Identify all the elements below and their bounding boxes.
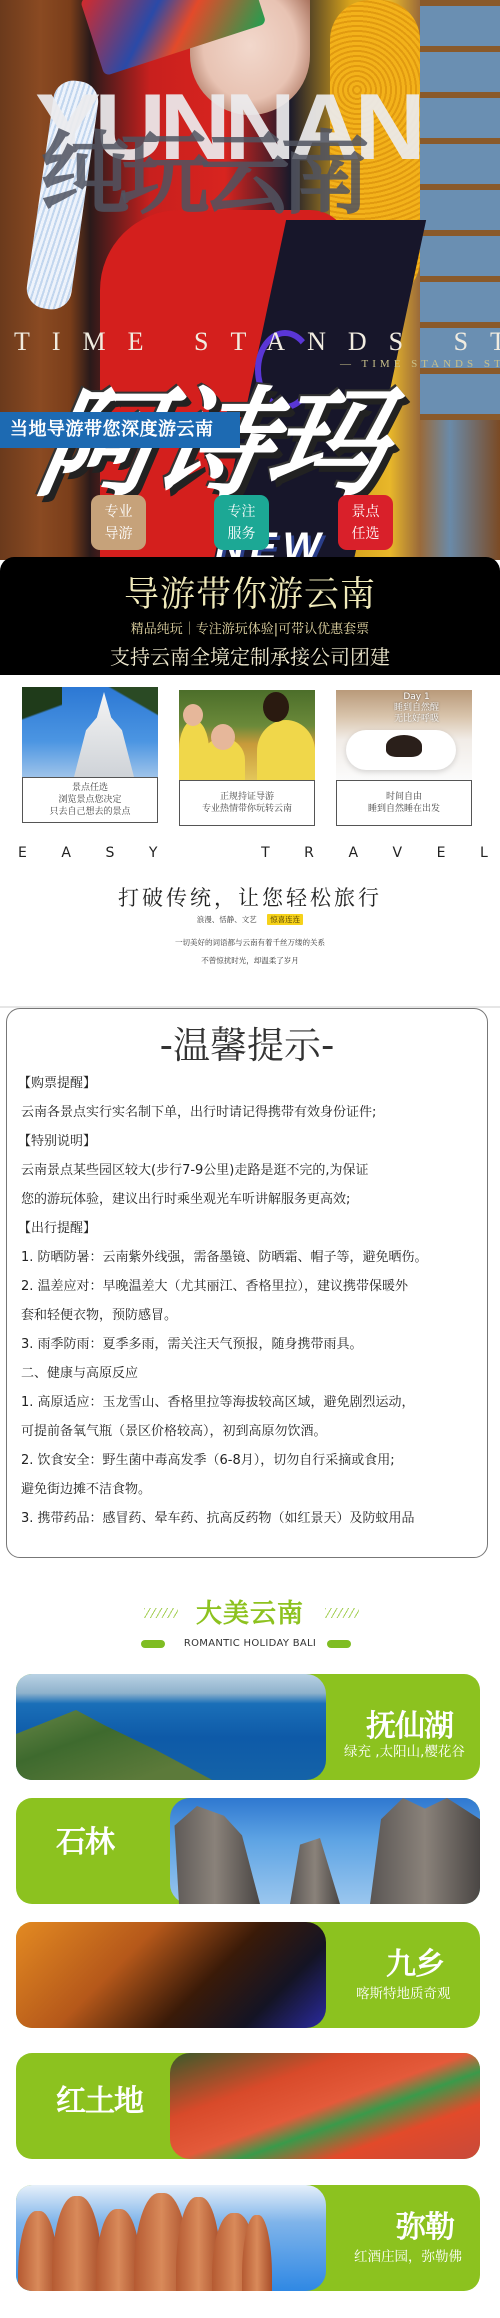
caption-line: 浏览景点您决定 bbox=[23, 794, 157, 806]
kiln-shape bbox=[242, 2215, 272, 2291]
letter: L bbox=[480, 845, 488, 861]
badge-focused-service: 专注 服务 bbox=[214, 495, 269, 550]
letter: S bbox=[106, 845, 115, 861]
tips-line: 1. 防晒防暑：云南紫外线强，需备墨镜、防晒霜、帽子等，避免晒伤。 bbox=[21, 1243, 473, 1272]
tips-line: 3. 携带药品：感冒药、晕车药、抗高反药物（如红景天）及防蚊用品 bbox=[21, 1504, 473, 1533]
promo-banner: 导游带你游云南 精品纯玩｜专注游玩体验|可带认优惠套票 支持云南全境定制承接公司… bbox=[0, 557, 500, 675]
destination-desc: 喀斯特地质奇观 bbox=[356, 1988, 451, 2002]
overlay-line: 睡到自然醒 bbox=[394, 703, 439, 714]
tour-group-photo bbox=[179, 690, 315, 780]
kiln-shape bbox=[52, 2196, 102, 2291]
tips-line: 云南景点某些园区较大(步行7-9公里)走路是逛不完的,为保证 bbox=[21, 1156, 473, 1185]
feature-caption: 景点任选 浏览景点您决定 只去自己想去的景点 bbox=[22, 777, 158, 823]
hero-tagline-small: — TIME STANDS STILL bbox=[340, 358, 500, 370]
rock-shape bbox=[170, 1806, 260, 1904]
temple-photo bbox=[22, 687, 158, 777]
overlay-line: Day 1 bbox=[394, 692, 439, 703]
tips-box: -温馨提示- 【购票提醒】 云南各景点实行实名制下单，出行时请记得携带有效身份证… bbox=[6, 1008, 488, 1558]
feature-card-guide[interactable]: 正规持证导游 专业热情带你玩转云南 bbox=[179, 690, 315, 826]
tips-line: 【购票提醒】 bbox=[18, 1069, 473, 1098]
badge-line: 服务 bbox=[214, 523, 269, 545]
caption-line: 只去自己想去的景点 bbox=[23, 806, 157, 818]
feature-card-free-time[interactable]: Day 1 睡到自然醒 无比好呼吸 时间自由 睡到自然睡在出发 bbox=[336, 690, 472, 826]
letter: Y bbox=[149, 845, 158, 861]
caption-line: 时间自由 bbox=[337, 791, 471, 803]
person-head bbox=[211, 724, 235, 750]
feature-card-sights[interactable]: 景点任选 浏览景点您决定 只去自己想去的景点 bbox=[22, 687, 158, 823]
banner-support: 支持云南全境定制承接公司团建 bbox=[0, 641, 500, 670]
person-head bbox=[183, 704, 203, 726]
person-shape bbox=[257, 720, 315, 780]
caption-line: 正规持证导游 bbox=[180, 791, 314, 803]
tips-line: 可提前备氧气瓶（景区价格较高），初到高原勿饮酒。 bbox=[21, 1417, 473, 1446]
badge-line: 专注 bbox=[214, 501, 269, 523]
hero-section: YUNNAN 纯玩云南 TIME STANDS STILL — TIME STA… bbox=[0, 0, 500, 560]
slogan-line-1: 一切美好的词语都与云南有着千丝万缕的关系 bbox=[0, 937, 500, 948]
tips-line: 避免街边摊不洁食物。 bbox=[21, 1475, 473, 1504]
letter: A bbox=[348, 845, 358, 861]
destination-desc: 红酒庄园，弥勒佛 bbox=[354, 2251, 462, 2265]
stone-forest-image bbox=[170, 1798, 480, 1904]
hero-ribbon: 当地导游带您深度游云南 bbox=[0, 412, 240, 448]
palm-leaf bbox=[92, 687, 158, 757]
tips-line: 2. 饮食安全：野生菌中毒高发季（6-8月），切勿自行采摘或食用; bbox=[21, 1446, 473, 1475]
letter: A bbox=[61, 845, 71, 861]
caption-line: 专业热情带你玩转云南 bbox=[180, 803, 314, 815]
letter: E bbox=[18, 845, 27, 861]
rock-shape bbox=[370, 1798, 480, 1904]
tips-line: 二、健康与高原反应 bbox=[21, 1359, 473, 1388]
destination-stone-forest[interactable]: 石林 bbox=[16, 1798, 480, 1904]
tips-line: 【特别说明】 bbox=[18, 1127, 473, 1156]
clay-kilns-image bbox=[16, 2185, 326, 2291]
easy-travel-letters: E A S Y T R A V E L bbox=[18, 845, 488, 861]
person-head bbox=[263, 692, 289, 722]
slogan-title: 打破传统，让您轻松旅行 bbox=[0, 882, 500, 912]
destination-name: 九乡 bbox=[386, 1950, 444, 1980]
red-terraces-image bbox=[170, 2053, 480, 2159]
badge-line: 景点 bbox=[338, 501, 393, 523]
tips-line: 【出行提醒】 bbox=[18, 1214, 473, 1243]
destination-name: 弥勒 bbox=[396, 2213, 454, 2243]
caption-line: 睡到自然睡在出发 bbox=[337, 803, 471, 815]
tips-line: 您的游玩体验，建议出行时乘坐观光车听讲解服务更高效; bbox=[21, 1185, 473, 1214]
slogan-tags: 浪漫、恬静、文艺 惊喜连连 bbox=[0, 914, 500, 925]
mountain-shape bbox=[16, 1702, 216, 1780]
rock-shape bbox=[290, 1838, 340, 1904]
tips-line: 1. 高原适应：玉龙雪山、香格里拉等海拔较高区域，避免剧烈运动， bbox=[21, 1388, 473, 1417]
sleeper-hair bbox=[386, 735, 422, 757]
destination-jiuxiang[interactable]: 九乡 喀斯特地质奇观 bbox=[16, 1922, 480, 2028]
tips-line: 云南各景点实行实名制下单，出行时请记得携带有效身份证件; bbox=[21, 1098, 473, 1127]
section-subtitle: ROMANTIC HOLIDAY BALI bbox=[0, 1638, 500, 1649]
slash-decoration-right bbox=[325, 1608, 359, 1618]
caption-line: 景点任选 bbox=[23, 782, 157, 794]
destination-name: 红土地 bbox=[56, 2087, 143, 2117]
palm-leaf bbox=[22, 687, 62, 777]
overlay-line: 无比好呼吸 bbox=[394, 714, 439, 725]
sleeping-photo: Day 1 睡到自然醒 无比好呼吸 bbox=[336, 690, 472, 780]
hero-bg-cn: 纯玩云南 bbox=[40, 130, 360, 220]
destination-fuxian-lake[interactable]: 抚仙湖 绿充 ,太阳山,樱花谷 bbox=[16, 1674, 480, 1780]
section-title: 大美云南 bbox=[0, 1593, 500, 1630]
pill-decoration-right bbox=[327, 1640, 351, 1648]
tips-line: 套和轻便衣物，预防感冒。 bbox=[21, 1301, 473, 1330]
feature-caption: 时间自由 睡到自然睡在出发 bbox=[336, 780, 472, 826]
hero-tagline-big: TIME STANDS STILL bbox=[14, 327, 500, 357]
tips-title: -温馨提示- bbox=[21, 1023, 473, 1069]
destination-name: 石林 bbox=[56, 1828, 114, 1858]
letter: T bbox=[261, 845, 270, 861]
badge-line: 导游 bbox=[91, 523, 146, 545]
tags-text: 浪漫、恬静、文艺 bbox=[197, 915, 257, 924]
destination-mile[interactable]: 弥勒 红酒庄园，弥勒佛 bbox=[16, 2185, 480, 2291]
lake-image bbox=[16, 1674, 326, 1780]
destination-red-land[interactable]: 红土地 bbox=[16, 2053, 480, 2159]
hero-window-bg bbox=[420, 0, 500, 420]
banner-title: 导游带你游云南 bbox=[0, 567, 500, 617]
destination-desc: 绿充 ,太阳山,樱花谷 bbox=[344, 1746, 465, 1760]
banner-subtitle: 精品纯玩｜专注游玩体验|可带认优惠套票 bbox=[0, 618, 500, 637]
tips-line: 2. 温差应对：早晚温差大（尤其丽江、香格里拉），建议携带保暖外 bbox=[21, 1272, 473, 1301]
letter: E bbox=[437, 845, 446, 861]
badge-line: 任选 bbox=[338, 523, 393, 545]
letter: V bbox=[393, 845, 403, 861]
highlight-tag: 惊喜连连 bbox=[267, 914, 303, 925]
feature-caption: 正规持证导游 专业热情带你玩转云南 bbox=[179, 780, 315, 826]
destination-name: 抚仙湖 bbox=[366, 1712, 453, 1742]
badge-line: 专业 bbox=[91, 501, 146, 523]
tips-line: 3. 雨季防雨：夏季多雨，需关注天气预报，随身携带雨具。 bbox=[21, 1330, 473, 1359]
letter: R bbox=[304, 845, 314, 861]
slogan-line-2: 不曾惊扰时光，却温柔了岁月 bbox=[0, 955, 500, 966]
karst-cave-image bbox=[16, 1922, 326, 2028]
photo-overlay-text: Day 1 睡到自然醒 无比好呼吸 bbox=[394, 692, 439, 725]
badge-free-choice: 景点 任选 bbox=[338, 495, 393, 550]
badge-professional-guide: 专业 导游 bbox=[91, 495, 146, 550]
